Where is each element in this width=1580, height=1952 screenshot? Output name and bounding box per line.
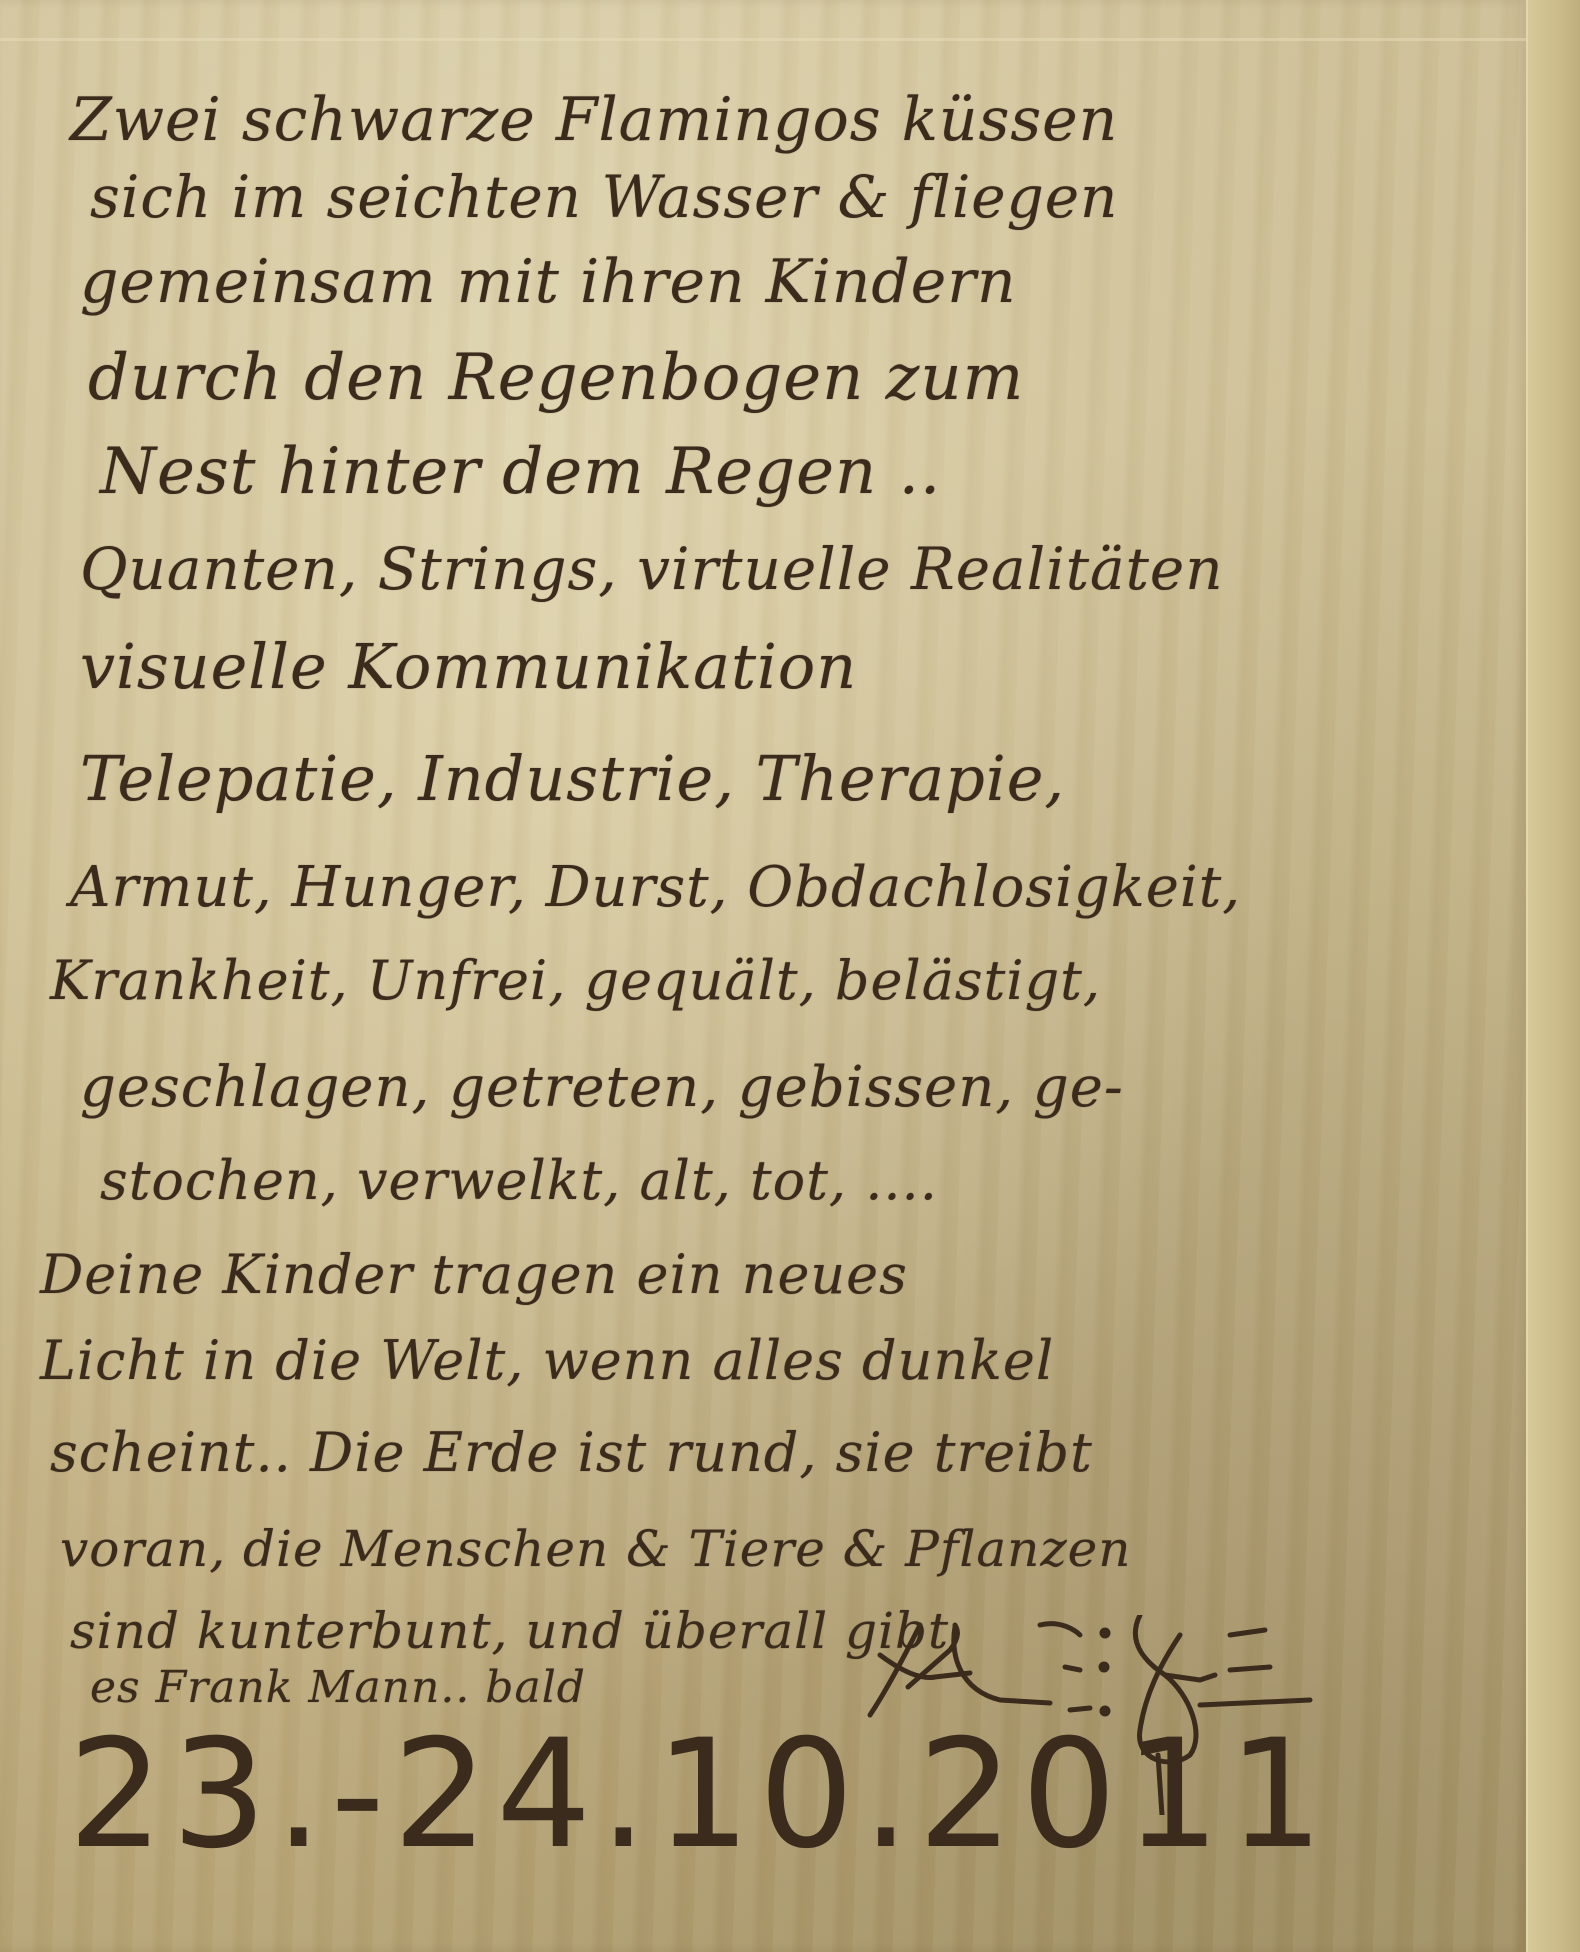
text-line: Telepatie, Industrie, Therapie, (80, 748, 1065, 810)
notebook-page: Zwei schwarze Flamingos küssen sich im s… (0, 0, 1528, 1952)
text-line: stochen, verwelkt, alt, tot, .... (100, 1154, 938, 1208)
text-line: sich im seichten Wasser & fliegen (90, 168, 1118, 226)
text-line: voran, die Menschen & Tiere & Pflanzen (60, 1524, 1131, 1574)
text-line: scheint.. Die Erde ist rund, sie treibt (50, 1426, 1093, 1480)
text-line: Deine Kinder tragen ein neues (40, 1248, 908, 1302)
text-line: Armut, Hunger, Durst, Obdachlosigkeit, (70, 860, 1241, 916)
text-line: Nest hinter dem Regen .. (100, 440, 941, 504)
page-top-edge (0, 38, 1526, 41)
text-line: Licht in die Welt, wenn alles dunkel (40, 1334, 1054, 1388)
text-line: es Frank Mann.. bald (90, 1666, 586, 1710)
text-line: visuelle Kommunikation (80, 636, 857, 698)
date-text: 23.-24.10.2011 (68, 1720, 1332, 1870)
adjacent-page-edge (1528, 0, 1580, 1952)
text-line: durch den Regenbogen zum (88, 346, 1024, 410)
text-line: geschlagen, getreten, gebissen, ge- (80, 1060, 1124, 1116)
text-line: sind kunterbunt, und überall gibt (70, 1606, 949, 1656)
text-line: Quanten, Strings, virtuelle Realitäten (80, 540, 1224, 598)
text-line: Krankheit, Unfrei, gequält, belästigt, (50, 954, 1101, 1008)
text-line: Zwei schwarze Flamingos küssen (70, 90, 1118, 150)
text-line: gemeinsam mit ihren Kindern (80, 252, 1017, 312)
